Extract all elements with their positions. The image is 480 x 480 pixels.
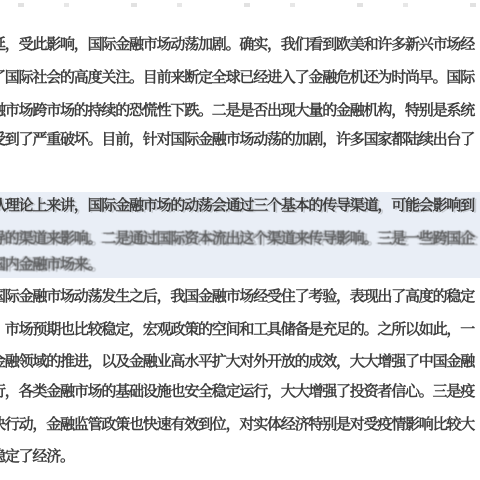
text-line: 稳定了经济。 <box>0 446 74 466</box>
text-line: 受到了严重破坏。目前，针对国际金融市场动荡的加剧，许多国家都陆续出台了 <box>0 129 474 149</box>
text-line: 快行动，金融监管政策也快速有效到位，对实体经济特别是对受疫情影响比较大 <box>0 414 474 434</box>
document-text-area: 延，受此影响，国际金融市场动荡加剧。确实，我们看到欧美和许多新兴市场经 了国际社… <box>0 0 480 480</box>
text-line: ，市场预期也比较稳定，宏观政策的空间和工具储备是充足的。之所以如此，一 <box>0 319 474 339</box>
text-line: 延，受此影响，国际金融市场动荡加剧。确实，我们看到欧美和许多新兴市场经 <box>0 34 474 54</box>
text-line: 国际金融市场动荡发生之后，我国金融市场经受住了考验，表现出了高度的稳定 <box>0 286 474 306</box>
text-line: 融市场跨市场的持续的恐慌性下跌。二是是否出现大量的金融机构，特别是系统 <box>0 100 474 120</box>
text-line-highlighted: 国内金融市场来。 <box>0 254 101 274</box>
text-line: 行，各类金融市场的基础设施也安全稳定运行，大大增强了投资者信心。三是疫 <box>0 381 474 401</box>
text-line-highlighted: 导的渠道来影响。二是通过国际资本流出这个渠道来传导影响。三是一些跨国企 <box>0 228 474 248</box>
text-line: 金融领域的推进，以及金融业高水平扩大对外开放的成效，大大增强了中国金融 <box>0 351 474 371</box>
text-line-highlighted: 从理论上来讲，国际金融市场的动荡会通过三个基本的传导渠道，可能会影响到 <box>0 195 474 215</box>
document-page: 延，受此影响，国际金融市场动荡加剧。确实，我们看到欧美和许多新兴市场经 了国际社… <box>0 0 480 480</box>
text-line: 了国际社会的高度关注。目前来断定全球已经进入了金融危机还为时尚早。国际 <box>0 67 474 87</box>
